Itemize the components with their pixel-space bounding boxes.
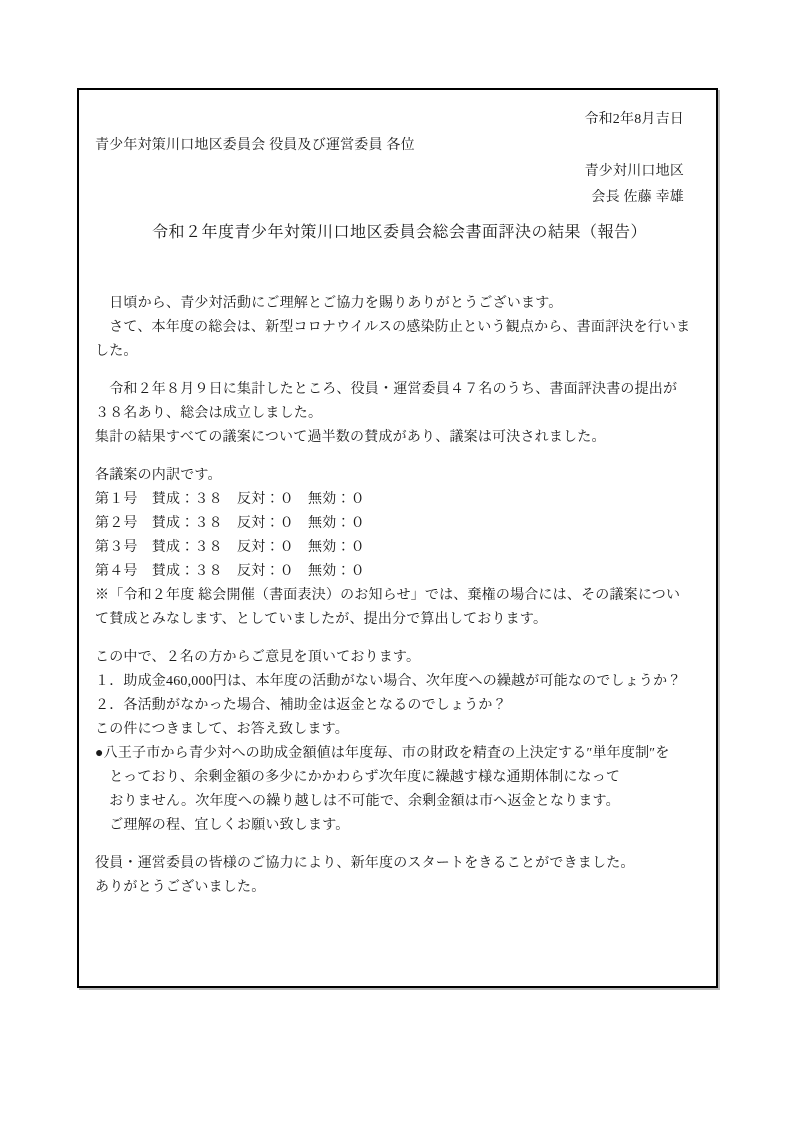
question-1-line: １．助成金460,000円は、本年度の活動がない場合、次年度への繰越が可能なので…	[95, 670, 704, 694]
closing-line-1: 役員・運営委員の皆様のご協力により、新年度のスタートをきることができました。	[95, 852, 704, 876]
document-title: 令和２年度青少年対策川口地区委員会総会書面評決の結果（報告）	[95, 221, 704, 245]
blank-line	[95, 450, 704, 464]
vote-result-line-3: 第３号 賛成：３８ 反対：０ 無効：０	[95, 536, 704, 560]
vote-result-line-4: 第４号 賛成：３８ 反対：０ 無効：０	[95, 560, 704, 584]
opinions-intro-line: この中で、２名の方からご意見を頂いております。	[95, 646, 704, 670]
note-line-2: て賛成とみなします、としていましたが、提出分で算出しております。	[95, 608, 704, 632]
blank-line	[95, 838, 704, 852]
approval-line: 集計の結果すべての議案について過半数の賛成があり、議案は可決されました。	[95, 426, 704, 450]
voting-method-line-2: した。	[95, 340, 704, 364]
date-line: 令和2年8月吉日	[95, 107, 704, 133]
blank-line	[95, 364, 704, 378]
note-line-1: ※「令和２年度 総会開催（書面表決）のお知らせ」では、棄権の場合には、その議案に…	[95, 584, 704, 608]
recipient-line: 青少年対策川口地区委員会 役員及び運営委員 各位	[95, 133, 704, 159]
answer-line-4: ご理解の程、宜しくお願い致します。	[95, 814, 704, 838]
answer-line-2: とっており、余剰金額の多少にかかわらず次年度に繰越す様な通期体制になって	[95, 766, 704, 790]
quorum-line: ３８名あり、総会は成立しました。	[95, 402, 704, 426]
answer-intro-line: この件につきまして、お答え致します。	[95, 718, 704, 742]
breakdown-heading: 各議案の内訳です。	[95, 464, 704, 488]
greeting-line: 日頃から、青少対活動にご理解とご協力を賜りありがとうございます。	[95, 292, 704, 316]
vote-result-line-1: 第１号 賛成：３８ 反対：０ 無効：０	[95, 488, 704, 512]
blank-line	[95, 632, 704, 646]
answer-line-3: おりません。次年度への繰り越しは不可能で、余剰金額は市へ返金となります。	[95, 790, 704, 814]
sender-name-line: 会長 佐藤 幸雄	[95, 185, 704, 211]
document-page: 令和2年8月吉日 青少年対策川口地区委員会 役員及び運営委員 各位 青少対川口地…	[0, 0, 794, 1123]
document-border-frame: 令和2年8月吉日 青少年対策川口地区委員会 役員及び運営委員 各位 青少対川口地…	[77, 88, 718, 988]
closing-line-2: ありがとうございました。	[95, 876, 704, 900]
sender-org-line: 青少対川口地区	[95, 159, 704, 185]
question-2-line: ２．各活動がなかった場合、補助金は返金となるのでしょうか？	[95, 694, 704, 718]
tally-line: 令和２年８月９日に集計したところ、役員・運営委員４７名のうち、書面評決書の提出が	[95, 378, 704, 402]
vote-result-line-2: 第２号 賛成：３８ 反対：０ 無効：０	[95, 512, 704, 536]
answer-line-1: ●八王子市から青少対への助成金額値は年度毎、市の財政を精査の上決定する″単年度制…	[95, 742, 704, 766]
voting-method-line-1: さて、本年度の総会は、新型コロナウイルスの感染防止という観点から、書面評決を行い…	[95, 316, 704, 340]
